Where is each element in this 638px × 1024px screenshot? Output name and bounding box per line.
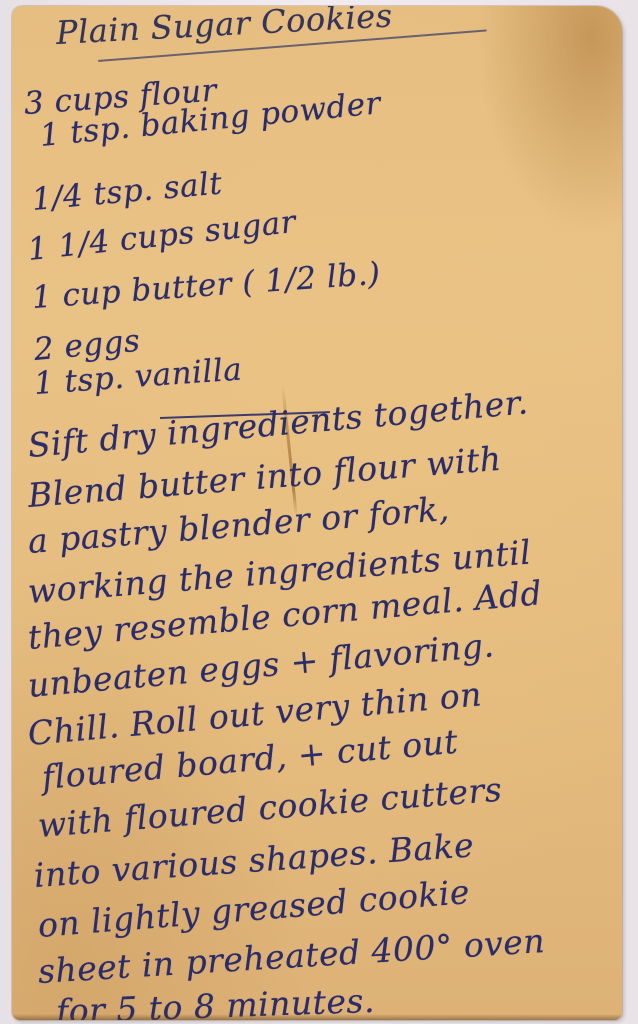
recipe-card: Plain Sugar Cookies 3 cups flour 1 tsp. … (12, 6, 622, 1020)
ingredient-item: 1/4 tsp. salt (30, 165, 223, 218)
recipe-title: Plain Sugar Cookies (55, 6, 393, 52)
ingredient-item: 1 cup butter ( 1/2 lb.) (31, 256, 382, 316)
